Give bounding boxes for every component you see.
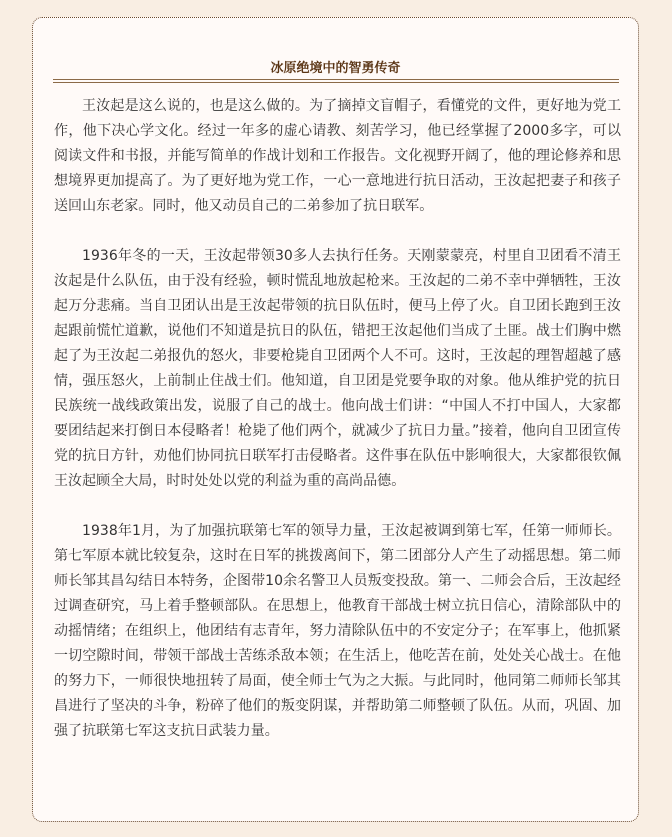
- title-double-rule: [53, 79, 619, 83]
- article-card: 冰原绝境中的智勇传奇 王汝起是这么说的，也是这么做的。为了摘掉文盲帽子，看懂党的…: [32, 17, 639, 822]
- paragraph-3: 1938年1月，为了加强抗联第七军的领导力量，王汝起被调到第七军，任第一师师长。…: [54, 519, 621, 744]
- paragraph-1: 王汝起是这么说的，也是这么做的。为了摘掉文盲帽子，看懂党的文件，更好地为党工作，…: [54, 94, 621, 219]
- article-title: 冰原绝境中的智勇传奇: [33, 61, 638, 77]
- paragraph-2: 1936年冬的一天，王汝起带领30多人去执行任务。天刚蒙蒙亮，村里自卫团看不清王…: [54, 244, 621, 494]
- article-body: 王汝起是这么说的，也是这么做的。为了摘掉文盲帽子，看懂党的文件，更好地为党工作，…: [54, 94, 621, 769]
